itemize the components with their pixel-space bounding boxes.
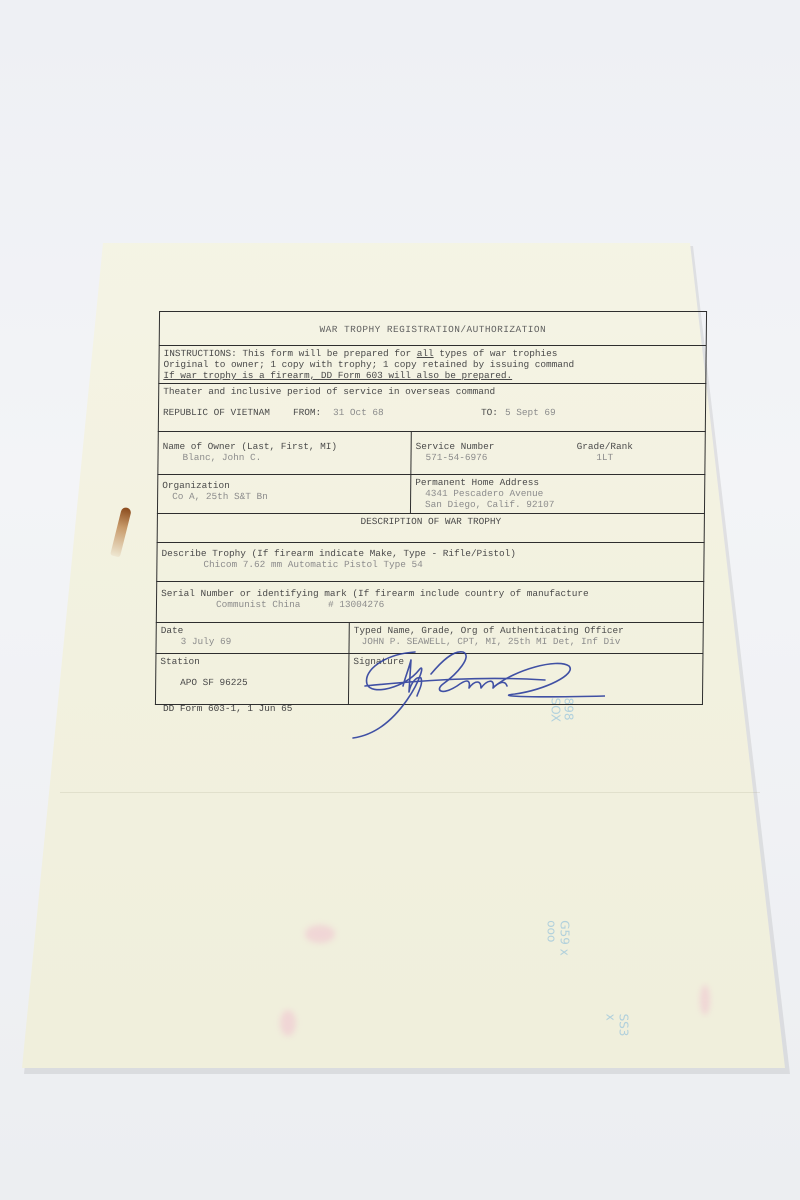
serial-label: Serial Number or identifying mark (If fi…: [161, 588, 699, 599]
describe-trophy-row: Describe Trophy (If firearm indicate Mak…: [156, 543, 704, 582]
organization-label: Organization: [162, 480, 406, 491]
bleed-through-stamp: SS3 x: [603, 1014, 629, 1037]
trophy-description: Chicom 7.62 mm Automatic Pistol Type 54: [161, 559, 699, 570]
address-label: Permanent Home Address: [415, 477, 700, 488]
bleed-through-stamp: G59 x ooo: [545, 920, 571, 955]
address-line-2: San Diego, Calif. 92107: [415, 499, 700, 510]
to-date: 5 Sept 69: [505, 407, 556, 418]
owner-label: Name of Owner (Last, First, MI): [163, 441, 407, 452]
theater-label: Theater and inclusive period of service …: [163, 386, 701, 397]
to-label: TO:: [481, 407, 505, 418]
country-of-manufacture: Communist China: [216, 599, 301, 610]
address-line-1: 4341 Pescadero Avenue: [415, 488, 700, 499]
station-label: Station: [160, 656, 344, 667]
form-number: DD Form 603-1, 1 Jun 65: [163, 703, 292, 714]
description-header: DESCRIPTION OF WAR TROPHY: [158, 514, 704, 542]
paper-fold: [60, 792, 760, 793]
organization-row: Organization Co A, 25th S&T Bn Permanent…: [157, 475, 705, 514]
instructions-line-2: Original to owner; 1 copy with trophy; 1…: [163, 359, 701, 370]
owner-name: Blanc, John C.: [162, 452, 406, 463]
organization: Co A, 25th S&T Bn: [162, 491, 406, 502]
owner-row: Name of Owner (Last, First, MI) Blanc, J…: [157, 432, 705, 475]
form-title-row: WAR TROPHY REGISTRATION/AUTHORIZATION: [159, 311, 707, 346]
officer-signature: [345, 640, 605, 740]
from-date: 31 Oct 68: [333, 407, 481, 418]
date-label: Date: [161, 625, 345, 636]
from-label: FROM:: [293, 407, 333, 418]
officer-label: Typed Name, Grade, Org of Authenticating…: [354, 625, 699, 636]
grade-rank: 1LT: [576, 452, 632, 463]
instructions-line-3: If war trophy is a firearm, DD Form 603 …: [163, 370, 701, 381]
form-title: WAR TROPHY REGISTRATION/AUTHORIZATION: [160, 312, 706, 345]
pink-mark: [305, 925, 335, 943]
owner-cell: Name of Owner (Last, First, MI) Blanc, J…: [158, 432, 410, 474]
service-number: 571-54-6976: [415, 452, 700, 463]
date-value: 3 July 69: [161, 636, 345, 647]
date-cell: Date 3 July 69: [156, 623, 348, 653]
pink-mark: [700, 985, 710, 1015]
theater-value: REPUBLIC OF VIETNAM: [163, 407, 293, 418]
station-value: APO SF 96225: [160, 677, 344, 688]
service-cell: Service Number 571-54-6976 Grade/Rank 1L…: [410, 432, 704, 474]
pink-mark: [280, 1010, 296, 1036]
station-cell: Station APO SF 96225: [156, 654, 349, 704]
serial-row: Serial Number or identifying mark (If fi…: [156, 582, 704, 623]
organization-cell: Organization Co A, 25th S&T Bn: [158, 475, 410, 513]
instructions-line-1: INSTRUCTIONS: This form will be prepared…: [164, 348, 702, 359]
grade-rank-label: Grade/Rank: [577, 441, 633, 452]
description-header-row: DESCRIPTION OF WAR TROPHY: [157, 514, 705, 543]
theater-row: Theater and inclusive period of service …: [158, 384, 707, 432]
instructions-row: INSTRUCTIONS: This form will be prepared…: [158, 346, 706, 384]
service-number-label: Service Number: [416, 441, 701, 452]
describe-trophy-label: Describe Trophy (If firearm indicate Mak…: [161, 548, 699, 559]
serial-number: # 13004276: [306, 599, 384, 610]
address-cell: Permanent Home Address 4341 Pescadero Av…: [410, 475, 704, 513]
